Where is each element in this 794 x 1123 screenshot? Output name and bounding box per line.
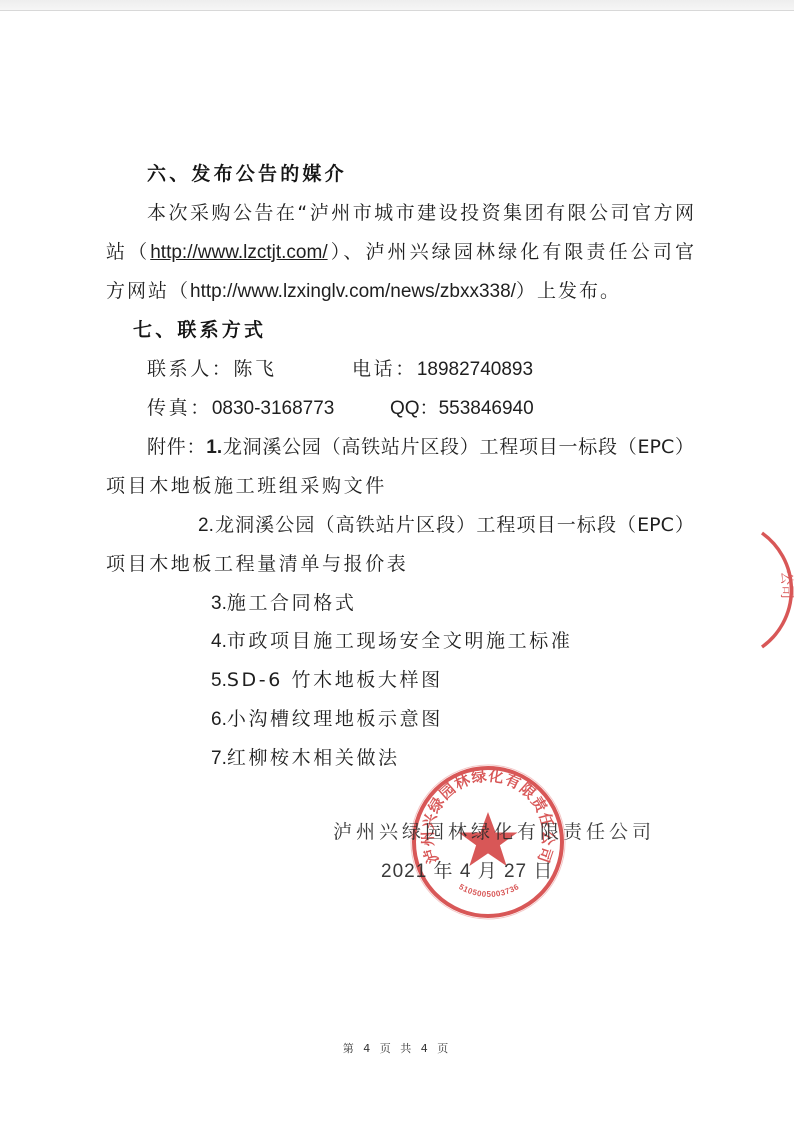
attachment-title: 龙洞溪公园（高铁站片区段）工程项目一标段（EPC） [214, 514, 694, 536]
attachment-number: 3. [211, 593, 227, 614]
edge-seal-text: 公司 [778, 571, 794, 599]
media-text: ）、泸州兴绿园林绿化有限责任公司官 [328, 241, 694, 263]
scan-edge [0, 0, 794, 11]
lzctjt-link[interactable]: http://www.lzctjt.com/ [150, 242, 327, 263]
fax-row: 传真：0830-3168773 [147, 396, 334, 421]
contact-name: 陈飞 [233, 358, 276, 380]
svg-text:5105005003736: 5105005003736 [457, 882, 520, 899]
attachment-number: 7. [211, 748, 227, 769]
attachment-title: 小沟槽纹理地板示意图 [227, 708, 443, 730]
attachment-1-line-2: 项目木地板施工班组采购文件 [106, 474, 387, 498]
svg-text:泸州兴绿园林绿化有限责任公司: 泸州兴绿园林绿化有限责任公司 [419, 767, 557, 866]
attachment-1-line-1: 附件：1.龙洞溪公园（高铁站片区段）工程项目一标段（EPC） [147, 435, 694, 460]
attachment-title: 红柳桉木相关做法 [227, 747, 400, 769]
media-text: 站（ [106, 241, 150, 263]
attachment-number: 2. [198, 515, 214, 536]
media-text: ）上发布。 [516, 280, 621, 302]
attachment-2-line-1: 2.龙洞溪公园（高铁站片区段）工程项目一标段（EPC） [198, 513, 694, 538]
seal-text: 泸州兴绿园林绿化有限责任公司 [419, 767, 557, 866]
lzxinglv-url: http://www.lzxinglv.com/news/zbxx338/ [190, 281, 516, 302]
edge-seal-fragment: 公司 [740, 525, 794, 655]
seal-number: 5105005003736 [457, 882, 520, 899]
section-heading-contact: 七、联系方式 [133, 318, 266, 342]
attachment-number: 6. [211, 709, 227, 730]
attachment-title: SD-6 竹木地板大样图 [227, 669, 443, 691]
attachment-5: 5.SD-6 竹木地板大样图 [211, 668, 443, 693]
signature-date: 2021 年 4 月 27 日 [381, 860, 553, 884]
contact-person-row: 联系人：陈飞 [147, 357, 277, 381]
attachment-6: 6.小沟槽纹理地板示意图 [211, 707, 443, 732]
qq-label: QQ： [390, 398, 439, 419]
attachment-number: 1. [206, 437, 222, 458]
attachment-7: 7.红柳桉木相关做法 [211, 746, 400, 771]
page-number-footer: 第 4 页 共 4 页 [0, 1040, 794, 1056]
contact-label: 联系人： [147, 358, 233, 380]
fax-label: 传真： [147, 397, 212, 419]
attachment-title: 市政项目施工现场安全文明施工标准 [227, 630, 573, 652]
fax-value: 0830-3168773 [212, 398, 335, 419]
attachment-2-line-2: 项目木地板工程量清单与报价表 [106, 552, 408, 576]
qq-value: 553846940 [439, 398, 534, 419]
media-paragraph-line-2: 站（http://www.lzctjt.com/）、泸州兴绿园林绿化有限责任公司… [106, 240, 694, 265]
attachment-title: 龙洞溪公园（高铁站片区段）工程项目一标段（EPC） [222, 436, 694, 458]
attachment-4: 4.市政项目施工现场安全文明施工标准 [211, 629, 572, 654]
phone-label: 电话： [352, 358, 417, 380]
phone-row: 电话：18982740893 [352, 357, 533, 382]
attachment-3: 3.施工合同格式 [211, 591, 356, 616]
section-heading-media: 六、发布公告的媒介 [147, 162, 347, 186]
attachment-title: 施工合同格式 [227, 592, 357, 614]
media-paragraph-line-3: 方网站（http://www.lzxinglv.com/news/zbxx338… [106, 279, 621, 304]
qq-row: QQ：553846940 [390, 396, 534, 421]
media-text: 方网站（ [106, 280, 190, 302]
signature-company: 泸州兴绿园林绿化有限责任公司 [333, 820, 655, 844]
attachments-label: 附件： [147, 436, 206, 458]
media-paragraph-line-1: 本次采购公告在“泸州市城市建设投资集团有限公司官方网 [106, 201, 694, 225]
attachment-number: 4. [211, 631, 227, 652]
attachment-number: 5. [211, 670, 227, 691]
phone-value: 18982740893 [417, 359, 533, 380]
